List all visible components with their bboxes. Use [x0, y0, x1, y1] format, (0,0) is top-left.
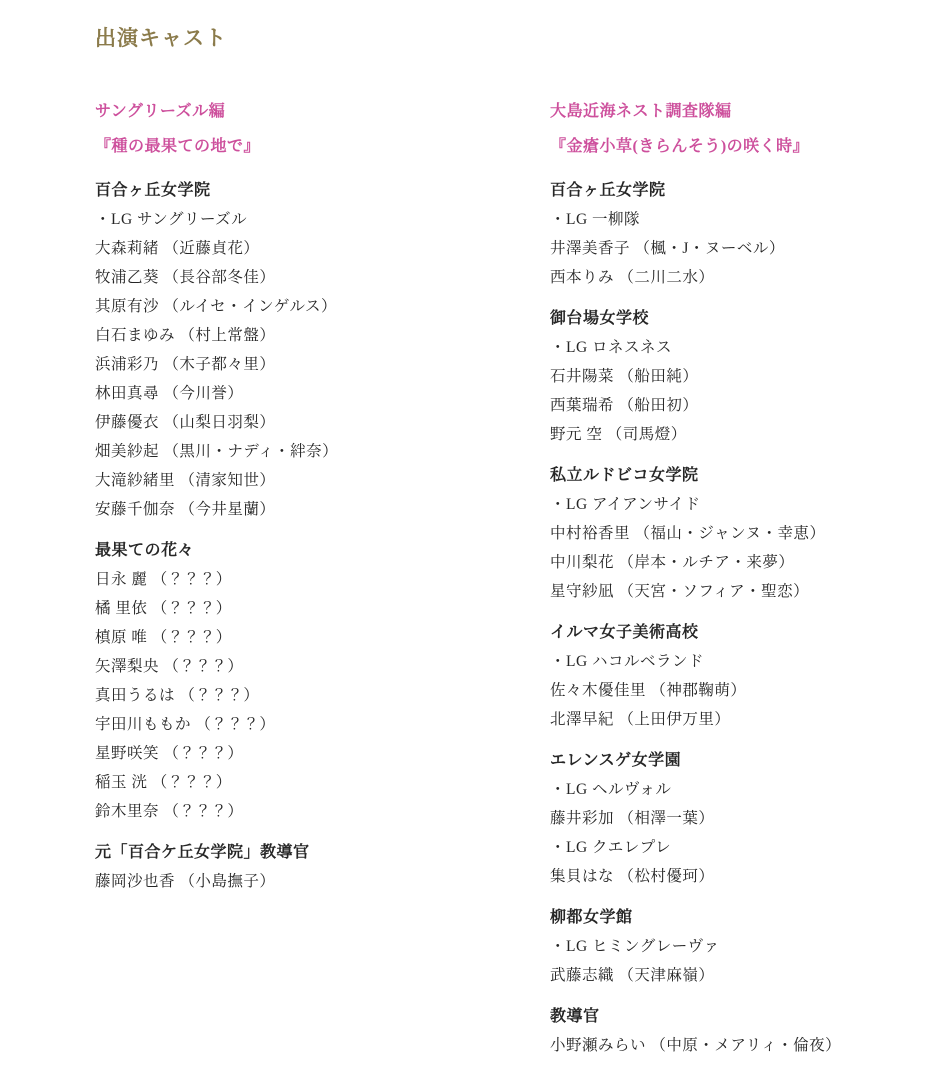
cast-line: 林田真尋 （今川誉）	[95, 379, 550, 408]
edition-title: サングリーズル編	[95, 94, 550, 129]
section-heading: 私立ルドビコ女学院	[550, 461, 930, 490]
cast-line: ・LG クエレプレ	[550, 833, 930, 862]
cast-line: 中村裕香里 （福山・ジャンヌ・幸恵）	[550, 519, 930, 548]
cast-page: 出演キャスト サングリーズル編『種の最果ての地で』百合ヶ丘女学院・LG サングリ…	[0, 0, 936, 1081]
section-heading: イルマ女子美術高校	[550, 618, 930, 647]
cast-section: エレンスゲ女学園・LG ヘルヴォル藤井彩加 （相澤一葉）・LG クエレプレ集貝は…	[550, 746, 930, 891]
cast-section: 最果ての花々日永 麗 （？？？）橘 里依 （？？？）槙原 唯 （？？？）矢澤梨央…	[95, 536, 550, 826]
cast-line: 安藤千伽奈 （今井星蘭）	[95, 495, 550, 524]
cast-line: 白石まゆみ （村上常盤）	[95, 321, 550, 350]
cast-line: ・LG ヘルヴォル	[550, 775, 930, 804]
section-heading: 柳都女学館	[550, 903, 930, 932]
cast-line: ・LG サングリーズル	[95, 205, 550, 234]
cast-line: 星守紗凪 （天宮・ソフィア・聖恋）	[550, 577, 930, 606]
section-heading: 百合ヶ丘女学院	[95, 176, 550, 205]
cast-line: 武藤志織 （天津麻嶺）	[550, 961, 930, 990]
cast-line: ・LG 一柳隊	[550, 205, 930, 234]
cast-line: 其原有沙 （ルイセ・インゲルス）	[95, 292, 550, 321]
cast-line: 藤岡沙也香 （小島撫子）	[95, 867, 550, 896]
cast-line: 橘 里依 （？？？）	[95, 594, 550, 623]
cast-section: イルマ女子美術高校・LG ハコルベランド佐々木優佳里 （神郡鞠萌）北澤早紀 （上…	[550, 618, 930, 734]
cast-column: サングリーズル編『種の最果ての地で』百合ヶ丘女学院・LG サングリーズル大森莉緒…	[95, 94, 550, 1060]
cast-section: 御台場女学校・LG ロネスネス石井陽菜 （船田純）西葉瑞希 （船田初）野元 空 …	[550, 304, 930, 449]
cast-line: 大森莉緒 （近藤貞花）	[95, 234, 550, 263]
cast-line: 北澤早紀 （上田伊万里）	[550, 705, 930, 734]
cast-line: 牧浦乙葵 （長谷部冬佳）	[95, 263, 550, 292]
cast-line: 小野瀬みらい （中原・メアリィ・倫夜）	[550, 1031, 930, 1060]
cast-line: 西本りみ （二川二水）	[550, 263, 930, 292]
cast-line: 真田うるは （？？？）	[95, 681, 550, 710]
page-title: 出演キャスト	[95, 24, 936, 52]
cast-section: 私立ルドビコ女学院・LG アイアンサイド中村裕香里 （福山・ジャンヌ・幸恵）中川…	[550, 461, 930, 606]
cast-line: ・LG ハコルベランド	[550, 647, 930, 676]
section-heading: エレンスゲ女学園	[550, 746, 930, 775]
cast-line: 野元 空 （司馬燈）	[550, 420, 930, 449]
cast-line: 中川梨花 （岸本・ルチア・来夢）	[550, 548, 930, 577]
cast-line: 畑美紗起 （黒川・ナディ・絆奈）	[95, 437, 550, 466]
cast-columns: サングリーズル編『種の最果ての地で』百合ヶ丘女学院・LG サングリーズル大森莉緒…	[95, 94, 936, 1060]
cast-line: 宇田川ももか （？？？）	[95, 710, 550, 739]
cast-line: 槙原 唯 （？？？）	[95, 623, 550, 652]
cast-line: 伊藤優衣 （山梨日羽梨）	[95, 408, 550, 437]
section-heading: 元「百合ケ丘女学院」教導官	[95, 838, 550, 867]
cast-line: 星野咲笑 （？？？）	[95, 739, 550, 768]
cast-line: 井澤美香子 （楓・J・ヌーベル）	[550, 234, 930, 263]
cast-line: ・LG ヒミングレーヴァ	[550, 932, 930, 961]
cast-line: 鈴木里奈 （？？？）	[95, 797, 550, 826]
section-heading: 百合ヶ丘女学院	[550, 176, 930, 205]
episode-title: 『種の最果ての地で』	[95, 129, 550, 164]
cast-line: ・LG アイアンサイド	[550, 490, 930, 519]
section-heading: 最果ての花々	[95, 536, 550, 565]
cast-line: 藤井彩加 （相澤一葉）	[550, 804, 930, 833]
section-heading: 御台場女学校	[550, 304, 930, 333]
cast-line: 佐々木優佳里 （神郡鞠萌）	[550, 676, 930, 705]
episode-title: 『金瘡小草(きらんそう)の咲く時』	[550, 129, 930, 164]
cast-line: 日永 麗 （？？？）	[95, 565, 550, 594]
cast-section: 教導官小野瀬みらい （中原・メアリィ・倫夜）	[550, 1002, 930, 1060]
cast-section: 柳都女学館・LG ヒミングレーヴァ武藤志織 （天津麻嶺）	[550, 903, 930, 990]
edition-title: 大島近海ネスト調査隊編	[550, 94, 930, 129]
cast-column: 大島近海ネスト調査隊編『金瘡小草(きらんそう)の咲く時』百合ヶ丘女学院・LG 一…	[550, 94, 930, 1060]
cast-section: 百合ヶ丘女学院・LG サングリーズル大森莉緒 （近藤貞花）牧浦乙葵 （長谷部冬佳…	[95, 176, 550, 524]
cast-line: 稲玉 洸 （？？？）	[95, 768, 550, 797]
cast-line: 矢澤梨央 （？？？）	[95, 652, 550, 681]
cast-section: 元「百合ケ丘女学院」教導官藤岡沙也香 （小島撫子）	[95, 838, 550, 896]
cast-line: 集貝はな （松村優珂）	[550, 862, 930, 891]
cast-line: ・LG ロネスネス	[550, 333, 930, 362]
section-heading: 教導官	[550, 1002, 930, 1031]
cast-line: 西葉瑞希 （船田初）	[550, 391, 930, 420]
cast-line: 石井陽菜 （船田純）	[550, 362, 930, 391]
cast-section: 百合ヶ丘女学院・LG 一柳隊井澤美香子 （楓・J・ヌーベル）西本りみ （二川二水…	[550, 176, 930, 292]
cast-line: 大滝紗緒里 （清家知世）	[95, 466, 550, 495]
cast-line: 浜浦彩乃 （木子都々里）	[95, 350, 550, 379]
